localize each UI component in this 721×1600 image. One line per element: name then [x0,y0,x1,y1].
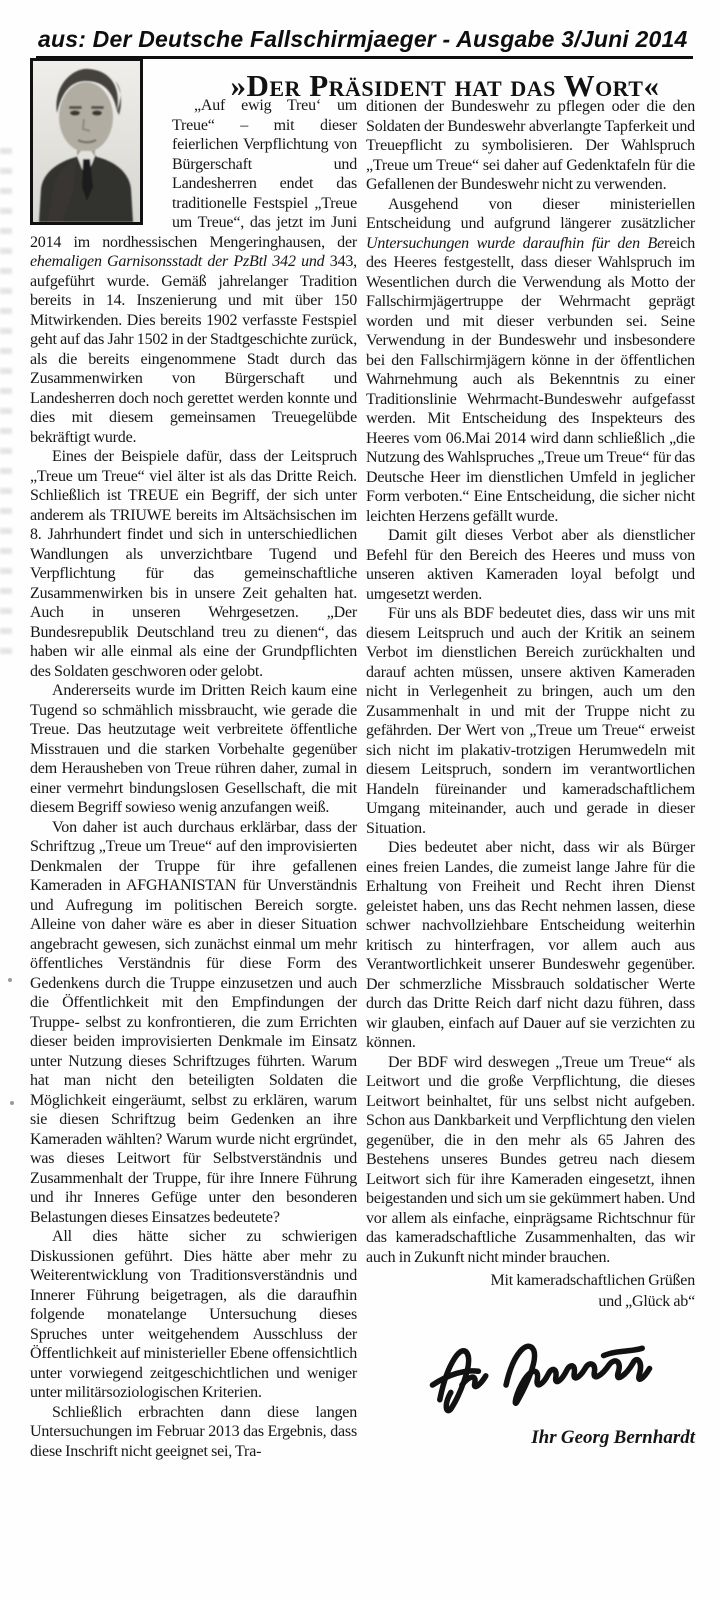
paragraph: Der BDF wird deswegen „Treue um Treue“ a… [366,1053,695,1268]
scanned-article-page: aus: Der Deutsche Fallschirmjaeger - Aus… [0,0,721,1600]
text-run: Ausgehend von dieser ministeriellen Ents… [366,196,695,233]
closing-salutation: Mit kameradschaftlichen Grüßenund „Glück… [366,1270,695,1312]
handwritten-signature [415,1328,667,1420]
source-line: aus: Der Deutsche Fallschirmjaeger - Aus… [36,26,693,59]
paragraph: Dies bedeutet aber nicht, dass wir als B… [366,838,695,1053]
text-run: Damit gilt dieses Verbot aber als dienst… [366,527,695,603]
signature-stroke [506,1346,650,1403]
text-run: Für uns als BDF bedeutet dies, dass wir … [366,605,695,837]
paragraph: Ausgehend von dieser ministeriellen Ents… [366,195,695,527]
text-run: All dies hätte sicher zu schwierigen Dis… [30,1228,357,1401]
text-run: Schließlich erbrachten dann diese langen… [30,1404,357,1460]
text-run: Eines der Beispiele dafür, dass der Leit… [30,448,357,680]
paragraph: Für uns als BDF bedeutet dies, dass wir … [366,604,695,838]
text-run: Dies bedeutet aber nicht, dass wir als B… [366,839,695,1051]
scan-speck [8,978,12,982]
signature-stroke [462,1376,486,1387]
text-run: Der BDF wird deswegen „Treue um Treue“ a… [366,1054,695,1266]
signed-name: Ihr Georg Bernhardt [366,1428,695,1448]
paragraph: Von daher ist auch durchaus erklärbar, d… [30,818,357,1228]
paragraph: Eines der Beispiele dafür, dass der Leit… [30,447,357,681]
article-column-right: ditionen der Bundeswehr zu pflegen oder … [366,97,695,1448]
scan-speck [10,1101,14,1105]
paragraph: Andererseits wurde im Dritten Reich kaum… [30,681,357,818]
italic-text-run: ehemaligen Garnisonsstadt der PzBtl 342 … [30,253,324,270]
text-run: Andererseits wurde im Dritten Reich kaum… [30,682,357,816]
text-run: ditionen der Bundeswehr zu pflegen oder … [366,98,695,193]
signature-stroke [604,1348,643,1355]
text-run: reich des Heeres festgestellt, dass dies… [366,235,695,525]
paragraph: Schließlich erbrachten dann diese langen… [30,1403,357,1462]
closing-line-2: und „Glück ab“ [366,1291,695,1312]
scan-edge-noise [0,148,12,658]
paragraph: All dies hätte sicher zu schwierigen Dis… [30,1227,357,1403]
photo-wrap-spacer [30,96,172,230]
paragraph: ditionen der Bundeswehr zu pflegen oder … [366,97,695,195]
paragraph: Damit gilt dieses Verbot aber als dienst… [366,526,695,604]
text-run: Von daher ist auch durchaus erklärbar, d… [30,819,357,1226]
article-column-left: „Auf ewig Treu‘ um Treue“ – mit dieser f… [30,96,357,1461]
italic-text-run: Untersuchungen wurde daraufhin für den B… [366,235,664,252]
text-run: 343, aufgeführt wurde. Gemäß jahrelanger… [30,253,357,446]
closing-line-1: Mit kameradschaftlichen Grüßen [366,1270,695,1291]
